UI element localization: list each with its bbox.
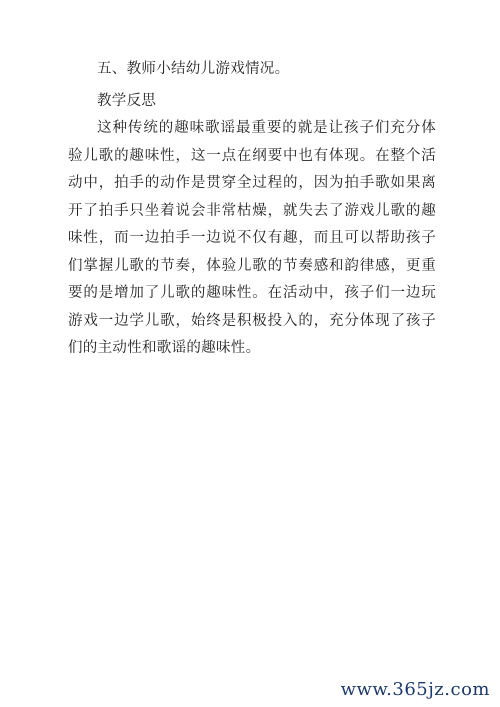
watermark-text: www.365jz.com xyxy=(341,679,490,700)
section-heading: 五、教师小结幼儿游戏情况。 xyxy=(68,56,436,84)
document-content: 五、教师小结幼儿游戏情况。 教学反思 这种传统的趣味歌谣最重要的就是让孩子们充分… xyxy=(68,56,436,363)
reflection-heading: 教学反思 xyxy=(68,88,436,116)
document-page: 五、教师小结幼儿游戏情况。 教学反思 这种传统的趣味歌谣最重要的就是让孩子们充分… xyxy=(0,0,500,707)
reflection-paragraph: 这种传统的趣味歌谣最重要的就是让孩子们充分体验儿歌的趣味性，这一点在纲要中也有体… xyxy=(68,115,436,363)
